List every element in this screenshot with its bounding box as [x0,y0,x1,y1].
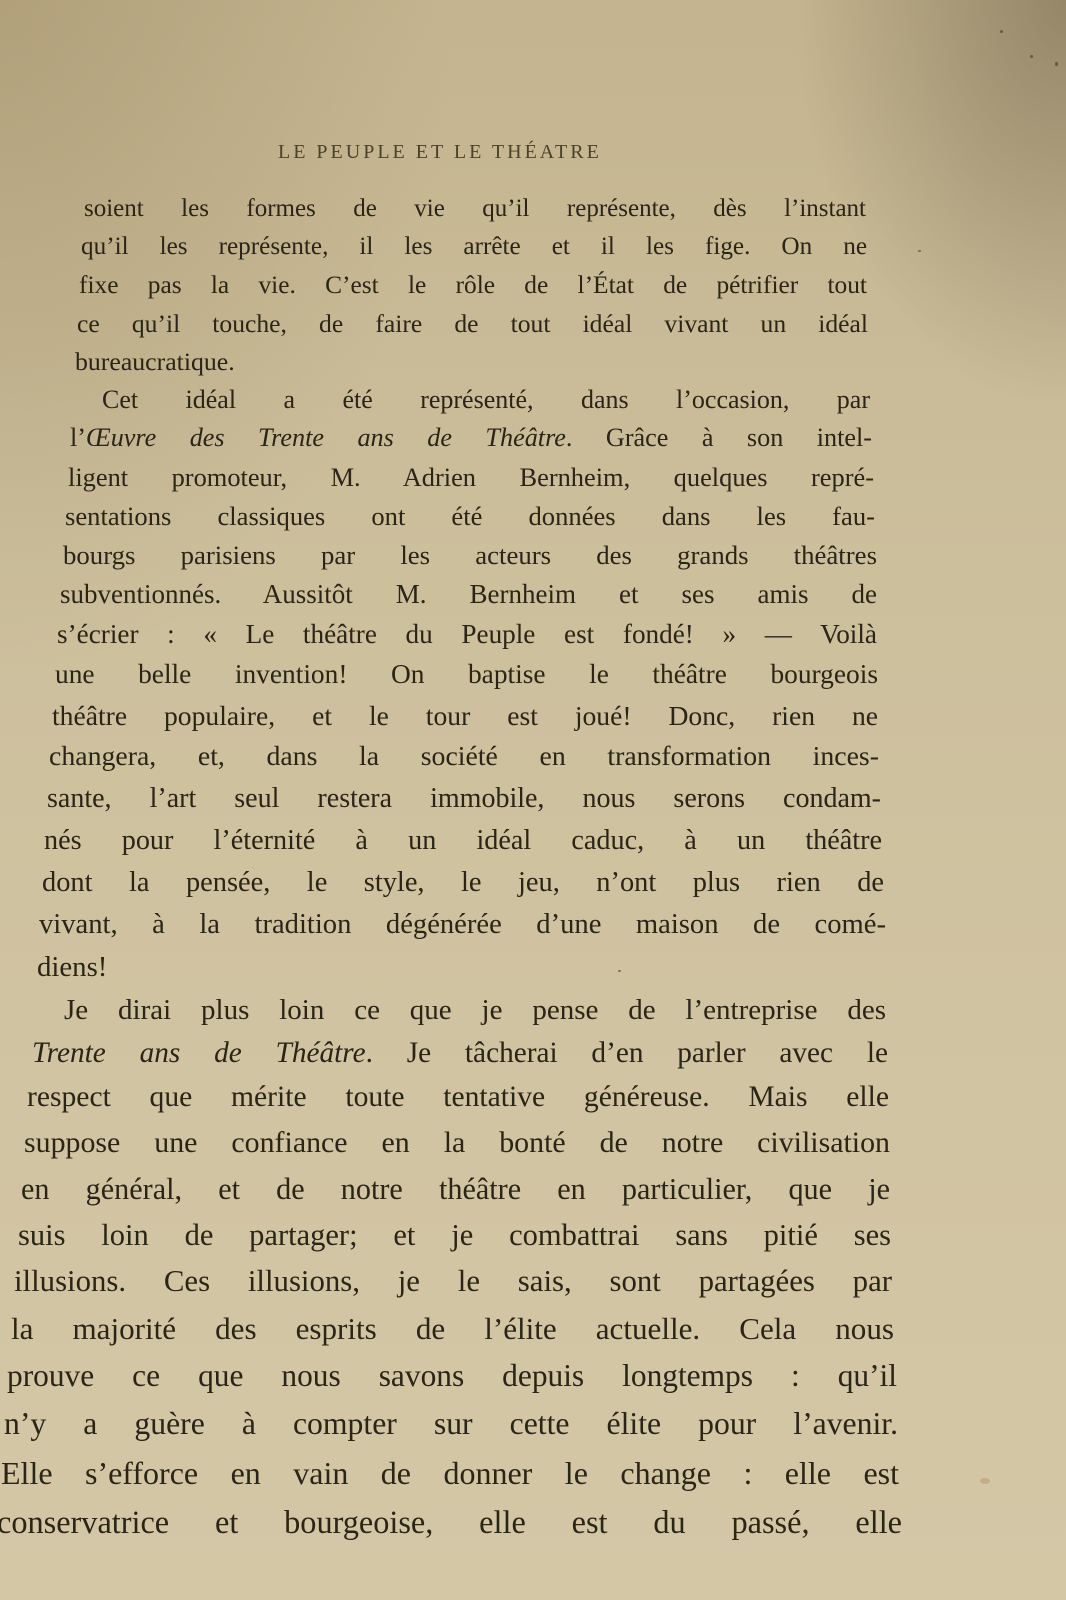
running-head: LE PEUPLE ET LE THÉATRE [278,141,688,164]
text-line: une belle invention! On baptise le théât… [55,659,878,690]
text-line: Elle s’efforce en vain de donner le chan… [1,1455,899,1492]
text-line: suis loin de partager; et je combattrai … [18,1218,891,1253]
paper-stain [980,1478,990,1484]
text-fragment: l’ [70,423,86,452]
text-line: soient les formes de vie qu’il représent… [84,195,866,223]
text-line: bureaucratique. [75,347,868,377]
text-line: théâtre populaire, et le tour est joué! … [52,700,878,732]
text-line: prouve ce que nous savons depuis longtem… [7,1358,897,1394]
text-line: s’écrier : « Le théâtre du Peuple est fo… [57,619,877,650]
text-line: ligent promoteur, M. Adrien Bernheim, qu… [68,462,874,493]
italic-title: Œuvre des Trente ans de Théâtre [86,423,566,452]
text-line: sentations classiques ont été données da… [65,501,875,532]
text-fragment: . Grâce à son intel- [566,423,872,452]
text-line: en général, et de notre théâtre en parti… [21,1172,890,1207]
text-line: nés pour l’éternité à un idéal caduc, à … [44,825,882,857]
text-line: dont la pensée, le style, le jeu, n’ont … [42,867,884,899]
paper-speck [1000,30,1003,33]
text-line: suppose une confiance en la bonté de not… [24,1126,890,1160]
book-page: LE PEUPLE ET LE THÉATRE soient les forme… [0,0,1066,1600]
paper-speck [1055,62,1058,66]
text-line: Cet idéal a été représenté, dans l’occas… [102,385,870,415]
text-line-with-italic: l’Œuvre des Trente ans de Théâtre. Grâce… [70,423,872,453]
italic-title: Trente ans de Théâtre [32,1037,366,1069]
paper-speck [1030,55,1033,58]
text-line: subventionnés. Aussitôt M. Bernheim et s… [60,579,877,610]
text-line: la majorité des esprits de l’élite actue… [11,1311,894,1347]
text-line: qu’il les représente, il les arrête et i… [81,233,867,261]
text-line: Je dirai plus loin ce que je pense de l’… [64,994,886,1027]
text-line: fixe pas la vie. C’est le rôle de l’État… [79,271,867,300]
text-line: illusions. Ces illusions, je le sais, so… [14,1264,892,1299]
text-line: respect que mérite toute tentative génér… [27,1081,889,1114]
text-line: diens! [37,951,887,984]
text-line: changera, et, dans la société en transfo… [49,741,879,773]
text-line: sante, l’art seul restera immobile, nous… [47,783,881,815]
paper-speck [918,250,921,252]
text-line: conservatrice et bourgeoise, elle est du… [0,1504,902,1541]
text-line: ce qu’il touche, de faire de tout idéal … [77,309,868,339]
text-line-with-italic: Trente ans de Théâtre. Je tâcherai d’en … [32,1037,888,1070]
text-line: vivant, à la tradition dégénérée d’une m… [39,909,886,941]
paper-speck [618,970,621,972]
text-line: bourgs parisiens par les acteurs des gra… [63,540,877,571]
text-fragment: . Je tâcherai d’en parler avec le [366,1037,888,1069]
text-line: n’y a guère à compter sur cette élite po… [4,1406,898,1442]
